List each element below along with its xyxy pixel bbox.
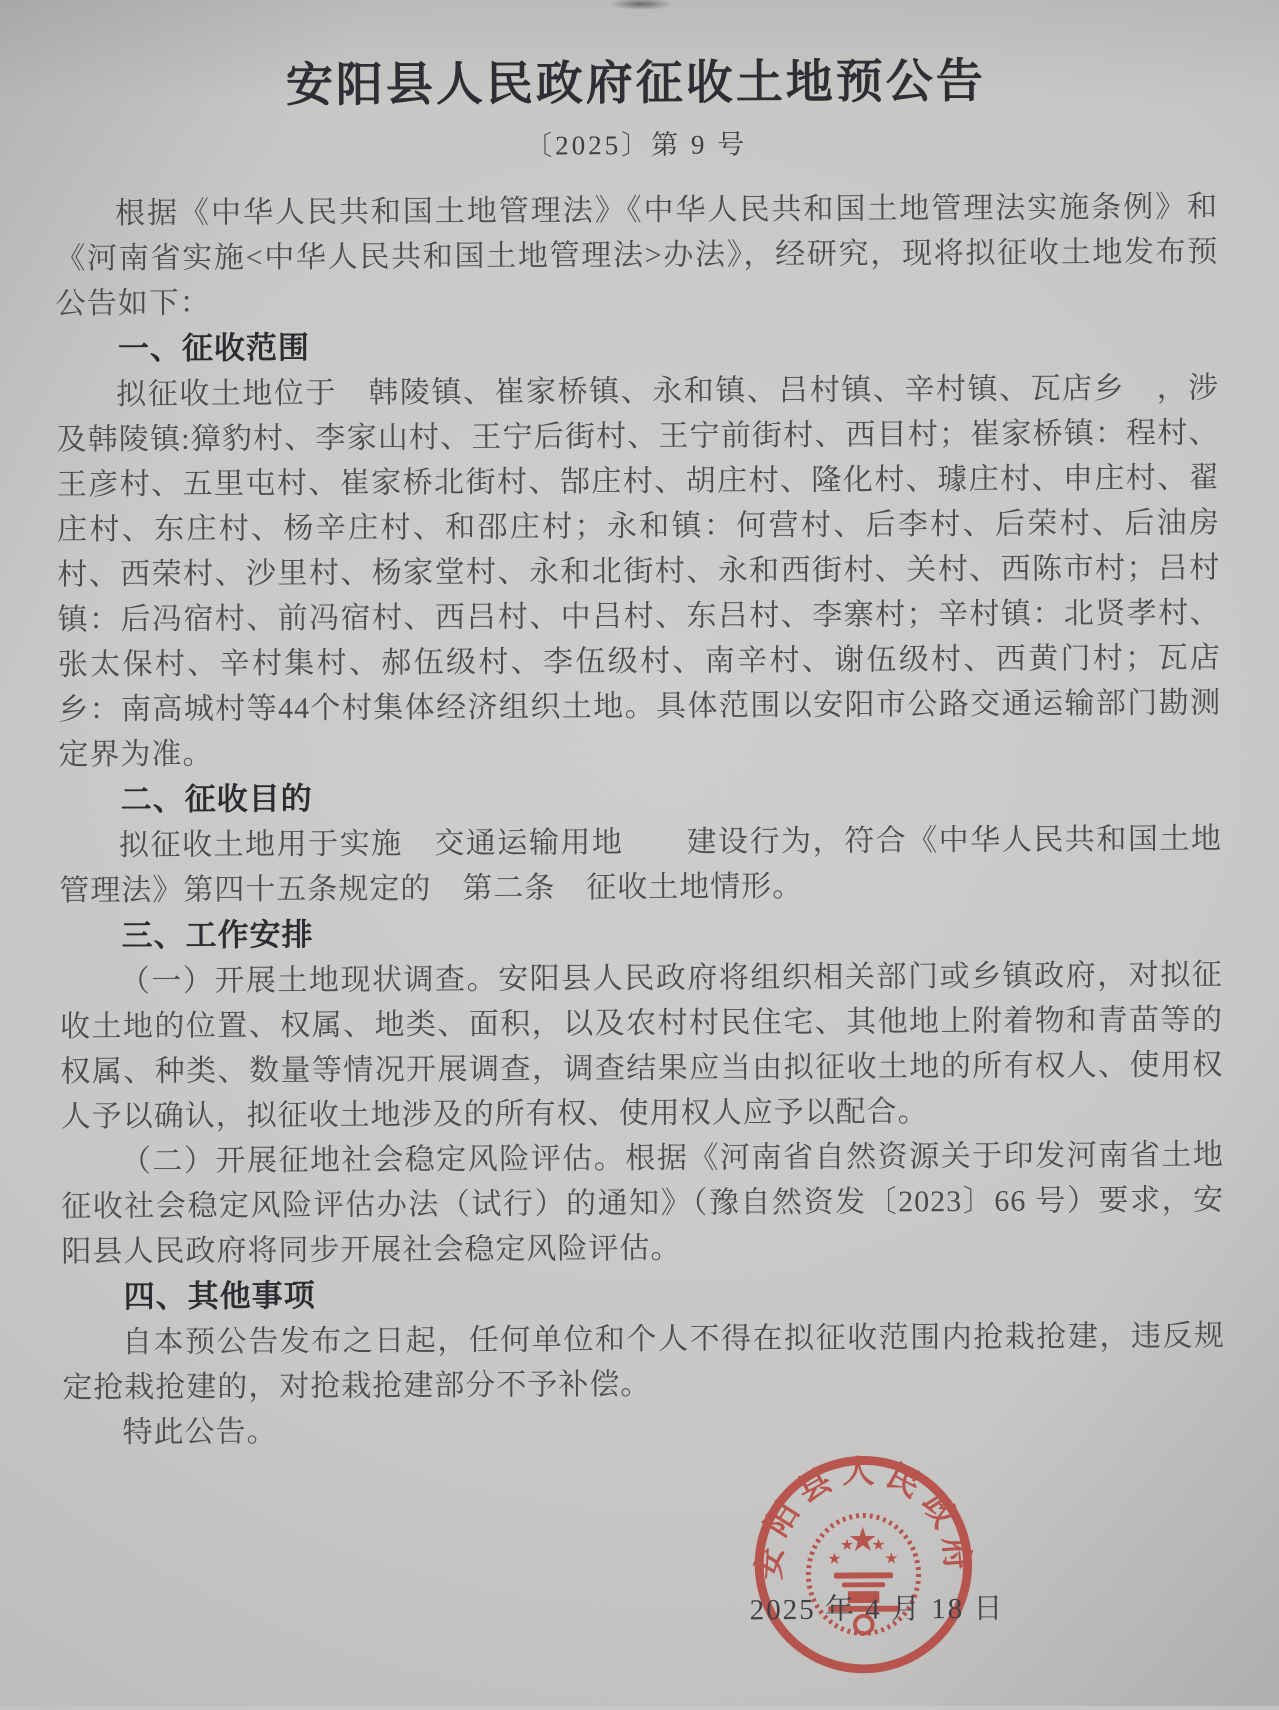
section-work-plan-paragraph-1: （一）开展土地现状调查。安阳县人民政府将组织相关部门或乡镇政府，对拟征收土地的位… — [60, 952, 1224, 1139]
section-heading-purpose: 二、征收目的 — [59, 770, 1222, 823]
document-page: 安阳县人民政府征收土地预公告 〔2025〕第 9 号 根据《中华人民共和国土地管… — [0, 0, 1279, 1706]
section-other-matters-paragraph-2: 特此公告。 — [62, 1403, 1225, 1455]
section-work-plan-paragraph-2: （二）开展征地社会稳定风险评估。根据《河南省自然资源关于印发河南省土地征收社会稳… — [61, 1132, 1225, 1274]
section-scope-paragraph: 拟征收土地位于 韩陵镇、崔家桥镇、永和镇、吕村镇、辛村镇、瓦店乡 ，涉及韩陵镇:… — [56, 365, 1221, 777]
section-heading-scope: 一、征收范围 — [56, 319, 1219, 372]
emblem-star-icon: ★ — [848, 1520, 879, 1559]
government-seal: 安阳县人民政府 ★ ★ ★ ★ ★ — [745, 1446, 982, 1683]
emblem-star-icon: ★ — [871, 1535, 886, 1554]
emblem-gate — [828, 1572, 899, 1633]
intro-paragraph: 根据《中华人民共和国土地管理法》《中华人民共和国土地管理法实施条例》和《河南省实… — [55, 184, 1219, 326]
emblem-wreath — [808, 1515, 919, 1634]
svg-text:安阳县人民政府: 安阳县人民政府 — [750, 1454, 976, 1581]
document-number: 〔2025〕第 9 号 — [55, 124, 1218, 165]
section-other-matters-paragraph-1: 自本预公告发布之日起，任何单位和个人不得在拟征收范围内抢栽抢建，违反规定抢栽抢建… — [62, 1313, 1226, 1410]
section-purpose-paragraph: 拟征收土地用于实施 交通运输用地 建设行为，符合《中华人民共和国土地管理法》第四… — [59, 816, 1223, 913]
document-date: 2025 年 4 月 18 日 — [750, 1590, 1005, 1630]
seal-ring — [759, 1460, 969, 1670]
national-emblem-icon: ★ ★ ★ ★ ★ — [808, 1515, 919, 1634]
section-heading-other-matters: 四、其他事项 — [62, 1267, 1225, 1320]
emblem-star-icon: ★ — [884, 1548, 899, 1567]
document-title: 安阳县人民政府征收土地预公告 — [54, 50, 1217, 117]
seal-text: 安阳县人民政府 — [750, 1454, 976, 1581]
section-heading-work-plan: 三、工作安排 — [59, 906, 1222, 959]
emblem-star-icon: ★ — [840, 1535, 855, 1554]
emblem-star-icon: ★ — [827, 1549, 842, 1568]
